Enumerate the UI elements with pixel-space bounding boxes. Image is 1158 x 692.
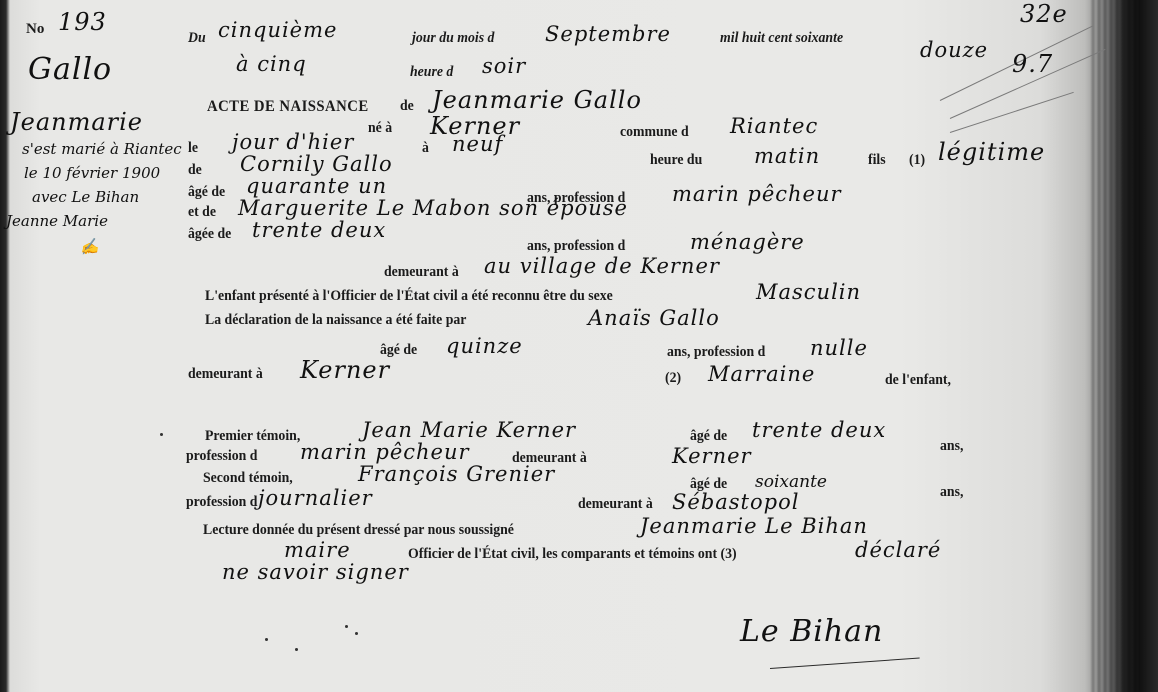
field-declared: déclaré [855, 538, 941, 562]
field-witness1-name: Jean Marie Kerner [362, 418, 576, 442]
field-parents-residence: au village de Kerner [484, 254, 720, 278]
label-age-witness1: âgé de [690, 428, 727, 445]
label-heure: heure d [410, 64, 453, 81]
field-declared-cont: ne savoir signer [222, 560, 409, 584]
field-birth-date: jour d'hier [232, 130, 354, 154]
initials: 9.7 [1012, 50, 1053, 78]
margin-note-line: s'est marié à Riantec [22, 140, 182, 158]
field-declarant-residence: Kerner [300, 356, 390, 384]
field-day: cinquième [218, 18, 337, 42]
label-enfant-presente: L'enfant présenté à l'Officier de l'État… [205, 288, 613, 305]
label-et-de: et de [188, 204, 216, 221]
label-profession-declarant: ans, profession d [667, 344, 765, 361]
label-ne-a: né à [368, 120, 392, 137]
field-sex: Masculin [756, 280, 861, 304]
margin-paraph: ✍ [79, 237, 100, 257]
field-officer-title: maire [284, 538, 351, 562]
ink-dot [345, 625, 348, 628]
label-premier-temoin: Premier témoin, [205, 428, 300, 445]
field-commune: Riantec [730, 114, 818, 138]
ink-dot [295, 648, 298, 651]
label-declaration: La déclaration de la naissance a été fai… [205, 312, 466, 329]
label-de-father: de [188, 162, 202, 179]
ink-dot [355, 632, 358, 635]
label-age-mother: âgée de [188, 226, 231, 243]
label-ans-witness2: ans, [940, 484, 963, 501]
label-profession-mother: ans, profession d [527, 238, 625, 255]
label-commune: commune d [620, 124, 689, 141]
label-heure-du: heure du [650, 152, 702, 169]
margin-note-line: le 10 février 1900 [24, 164, 160, 182]
field-hour: à cinq [236, 52, 307, 76]
field-father-age: quarante un [246, 174, 387, 198]
field-father: Cornily Gallo [240, 152, 393, 176]
act-number: No 193 [26, 20, 44, 38]
field-declarant-age: quinze [446, 334, 523, 358]
field-witness1-residence: Kerner [672, 444, 752, 468]
margin-note-line: avec Le Bihan [32, 188, 139, 206]
label-jour-du-mois: jour du mois d [412, 30, 494, 47]
field-birth-time-of-day: matin [754, 144, 820, 168]
field-mother: Marguerite Le Mabon son épouse [238, 196, 628, 220]
field-child-name: Jeanmarie Gallo [432, 86, 642, 114]
field-mother-profession: ménagère [690, 230, 805, 254]
officer-signature: Le Bihan [740, 614, 883, 649]
label-officier: Officier de l'État civil, les comparants… [408, 546, 737, 563]
label-fils: fils [868, 152, 886, 169]
field-legitimacy: légitime [938, 138, 1045, 166]
field-declarant: Anaïs Gallo [588, 306, 720, 330]
field-witness2-age: soixante [755, 472, 827, 492]
footnote-2: (2) [665, 370, 681, 387]
label-demeurant-declarant: demeurant à [188, 366, 263, 383]
label-second-temoin: Second témoin, [203, 470, 293, 487]
field-witness2-residence: Sébastopol [672, 490, 799, 514]
document-title: ACTE DE NAISSANCE [207, 98, 369, 116]
label-de: de [400, 98, 414, 115]
label-demeurant-parents: demeurant à [384, 264, 459, 281]
label-demeurant-witness2: demeurant à [578, 496, 653, 513]
label-du: Du [188, 30, 206, 47]
label-le: le [188, 140, 198, 157]
label-year: mil huit cent soixante [720, 30, 843, 47]
label-lecture: Lecture donnée du présent dressé par nou… [203, 522, 514, 539]
ink-dot [160, 433, 163, 436]
label-profession-witness1: profession d [186, 448, 257, 465]
field-declarant-profession: nulle [810, 336, 868, 360]
margin-surname: Gallo [28, 52, 112, 87]
footnote-1: (1) [909, 152, 925, 169]
page-binding [1090, 0, 1140, 692]
field-year: douze [920, 38, 988, 62]
label-de-lenfant: de l'enfant, [885, 372, 951, 389]
field-mother-age: trente deux [252, 218, 386, 242]
field-witness1-age: trente deux [752, 418, 886, 442]
page-number: 32e [1020, 0, 1068, 28]
margin-note-line: Jeanne Marie [6, 212, 108, 230]
label-profession-witness2: profession d [186, 494, 257, 511]
label-a: à [422, 140, 429, 157]
margin-given-names: Jeanmarie [10, 108, 143, 136]
field-birth-hour: neuf [452, 132, 503, 156]
field-officer-name: Jeanmarie Le Bihan [640, 514, 868, 538]
field-month: Septembre [545, 22, 671, 46]
field-witness2-profession: journalier [258, 486, 373, 510]
label-ans-witness1: ans, [940, 438, 963, 455]
field-time-of-day: soir [482, 54, 526, 78]
ink-dot [265, 638, 268, 641]
field-witness1-profession: marin pêcheur [300, 440, 470, 464]
field-declarant-relation: Marraine [708, 362, 815, 386]
field-father-profession: marin pêcheur [672, 182, 842, 206]
label-age-father: âgé de [188, 184, 225, 201]
field-witness2-name: François Grenier [358, 462, 555, 486]
